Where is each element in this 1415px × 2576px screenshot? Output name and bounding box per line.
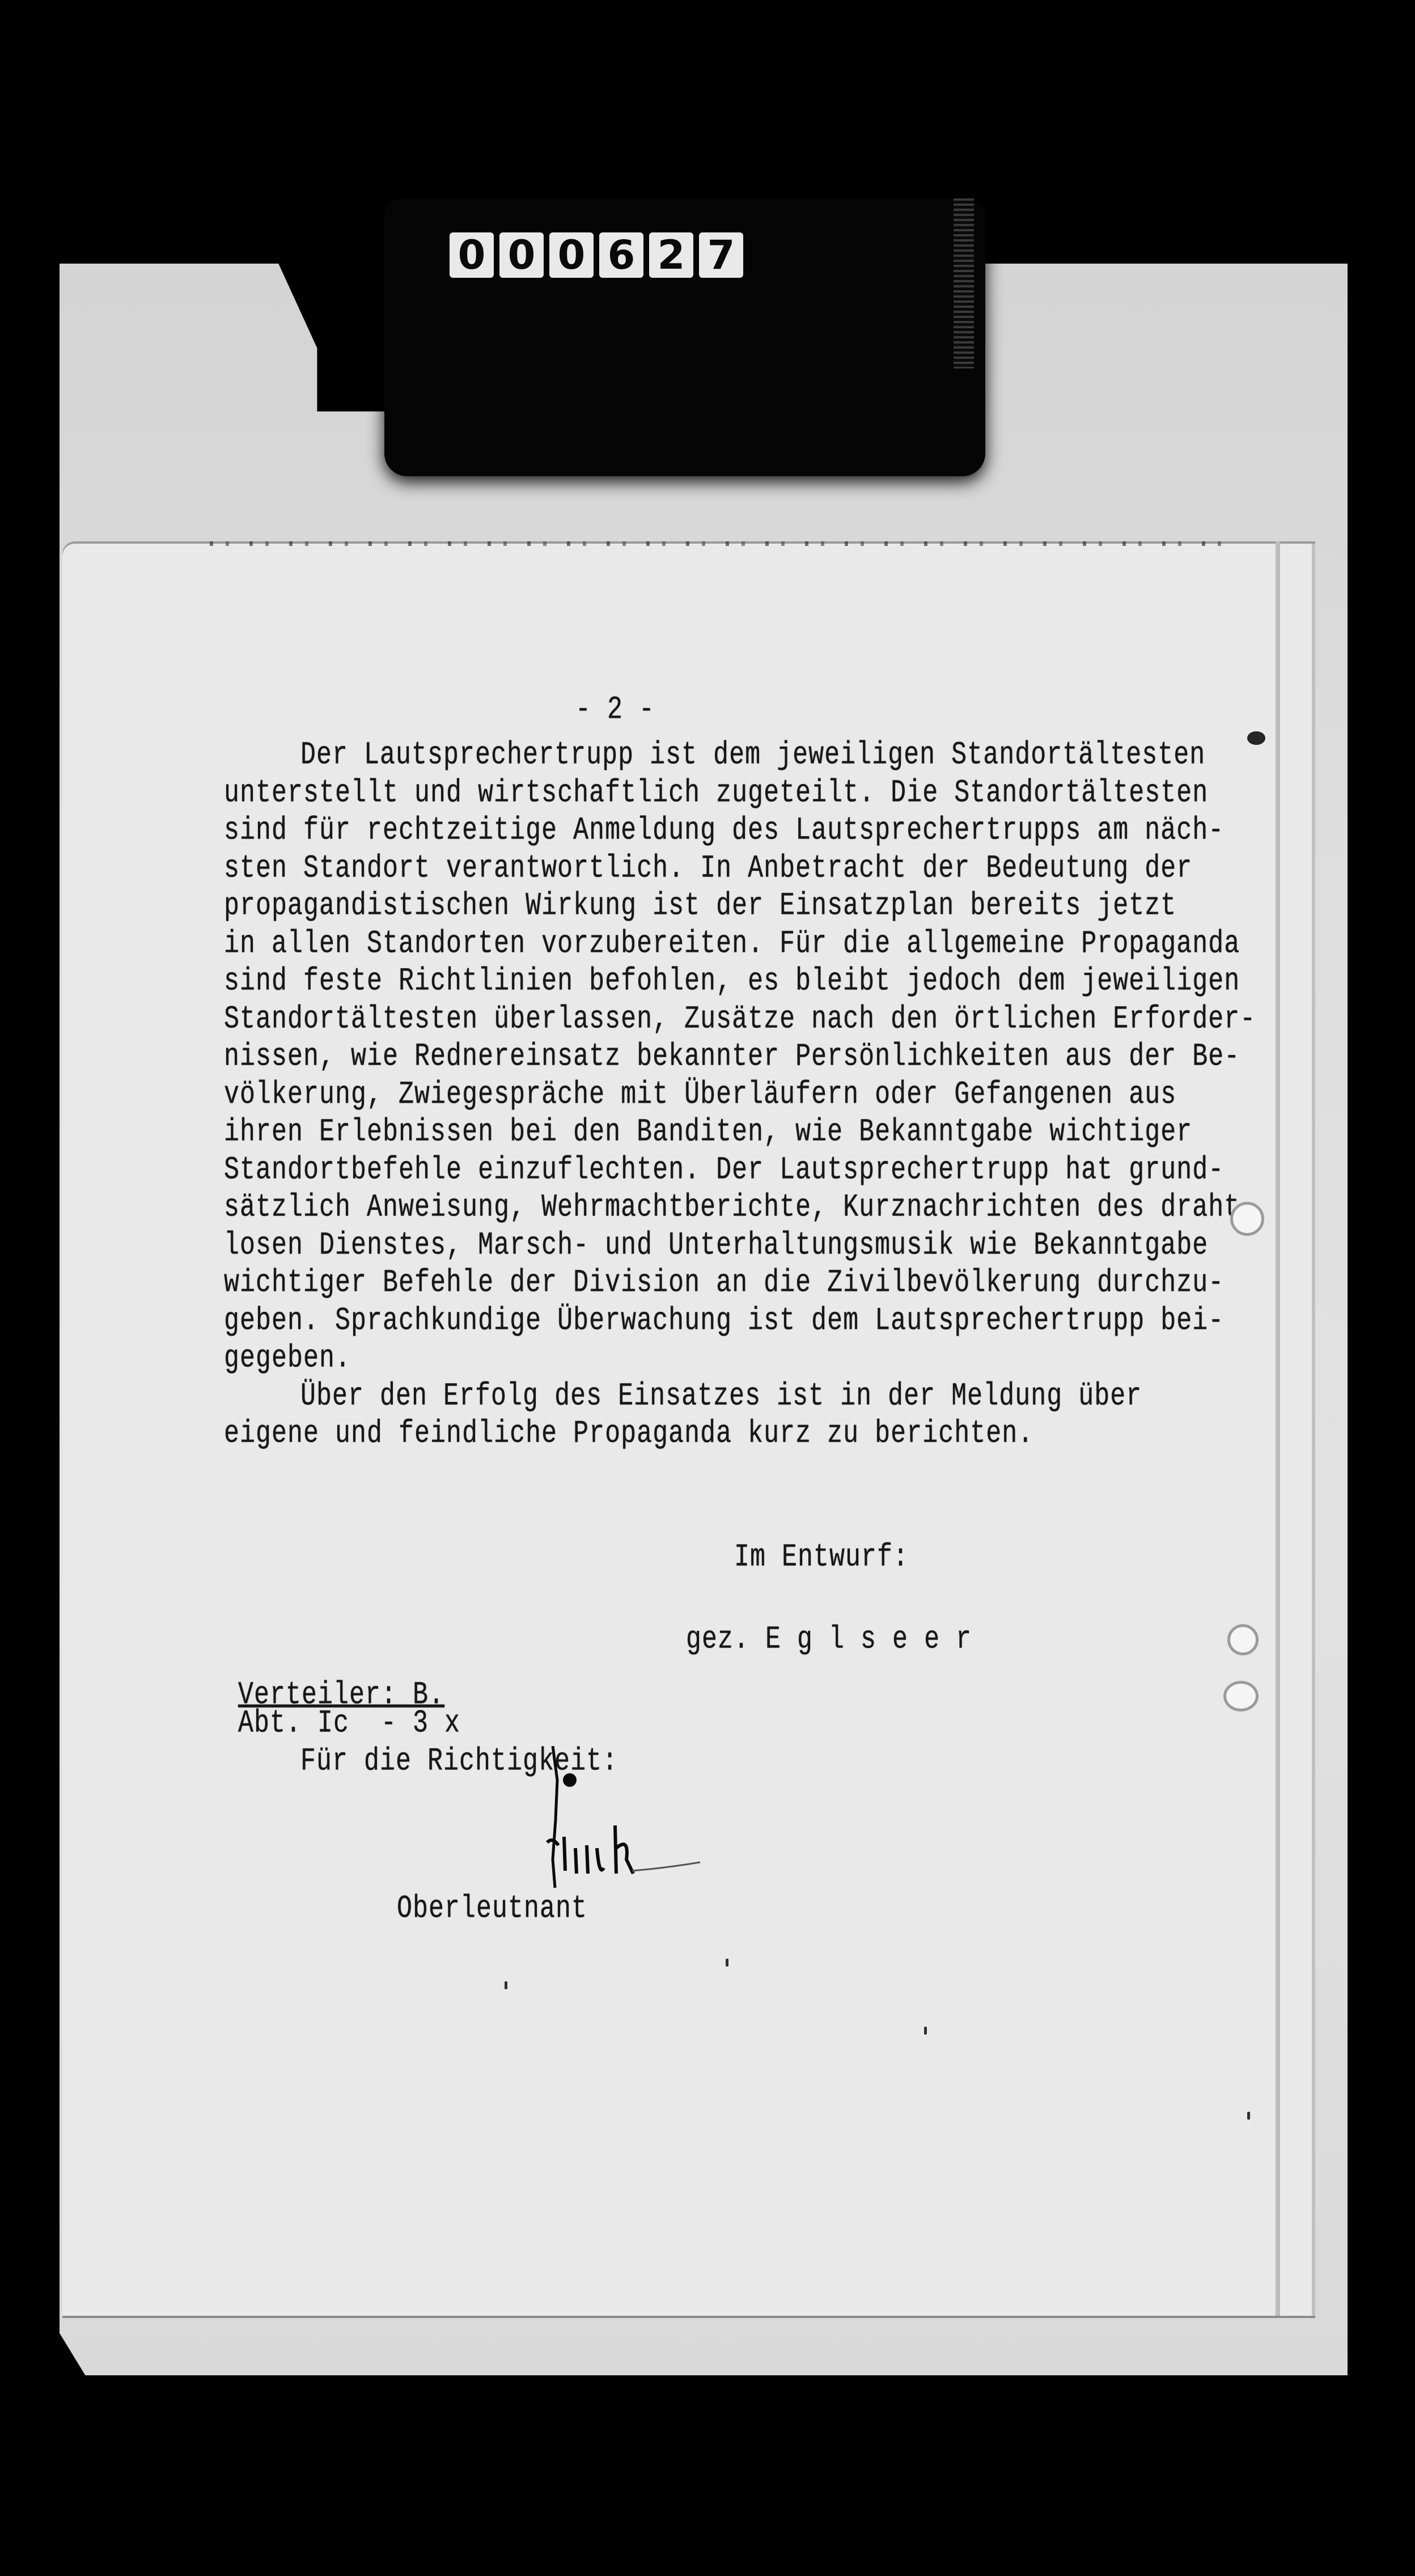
frame-counter-digits: 0 0 0 6 2 7 — [450, 232, 743, 278]
counter-digit: 2 — [649, 232, 693, 278]
signed-by: gez. E g l s e e r — [686, 1621, 972, 1658]
counter-digit: 7 — [699, 232, 743, 278]
body-line: eigene und feindliche Propaganda kurz zu… — [224, 1416, 1256, 1463]
rank-label: Oberleutnant — [397, 1891, 587, 1927]
dust-speck — [1247, 2112, 1250, 2120]
page-number: - 2 - — [575, 692, 655, 728]
document-body: Der Lautsprechertrupp ist dem jeweiligen… — [224, 737, 1256, 1454]
dust-speck — [726, 1959, 728, 1967]
counter-knurled-wheel-icon — [954, 198, 974, 368]
counter-digit: 0 — [499, 232, 544, 278]
dust-speck — [924, 2027, 927, 2035]
counter-digit: 6 — [599, 232, 643, 278]
frame-counter-device: 0 0 0 6 2 7 — [384, 198, 985, 476]
distribution-entry: Abt. Ic - 3 x — [238, 1705, 460, 1742]
handwritten-signature-icon — [530, 1746, 700, 1893]
dust-speck — [505, 1981, 507, 1989]
punch-hole — [1223, 1681, 1259, 1711]
ink-blot — [1247, 731, 1265, 745]
punch-hole — [1230, 1202, 1264, 1236]
top-edge-perforation — [210, 541, 1230, 546]
counter-digit: 0 — [549, 232, 594, 278]
draft-label: Im Entwurf: — [734, 1539, 909, 1575]
counter-digit: 0 — [450, 232, 494, 278]
typed-document-page: - 2 - Der Lautsprechertrupp ist dem jewe… — [62, 541, 1315, 2316]
punch-hole — [1227, 1624, 1259, 1655]
